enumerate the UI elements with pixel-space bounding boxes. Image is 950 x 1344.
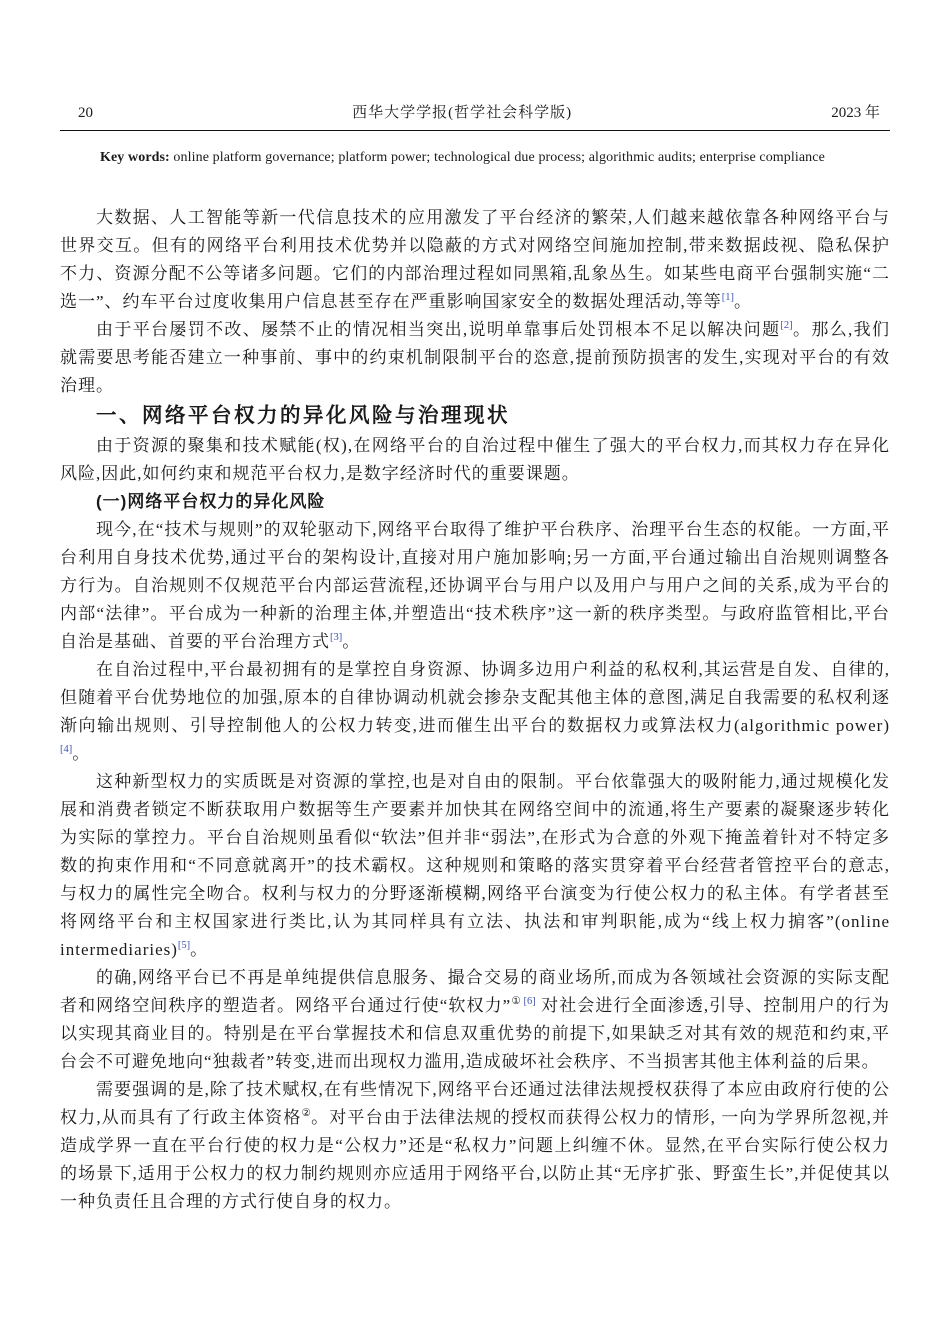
page-content: 20 西华大学学报(哲学社会科学版) 2023 年 Key words: onl… bbox=[60, 0, 890, 1216]
publication-year: 2023 年 bbox=[831, 102, 880, 124]
header-rule bbox=[60, 130, 890, 131]
paragraph: 由于平台屡罚不改、屡禁不止的情况相当突出,说明单靠事后处罚根本不足以解决问题[2… bbox=[60, 316, 890, 400]
text-run: 由于平台屡罚不改、屡禁不止的情况相当突出,说明单靠事后处罚根本不足以解决问题 bbox=[96, 320, 780, 339]
footnote-marker: ① bbox=[511, 996, 521, 1007]
paragraph: 大数据、人工智能等新一代信息技术的应用激发了平台经济的繁荣,人们越来越依靠各种网… bbox=[60, 204, 890, 316]
text-run: 一、网络平台权力的异化风险与治理现状 bbox=[96, 404, 510, 427]
keywords-line: Key words: online platform governance; p… bbox=[60, 148, 890, 168]
article-body: 大数据、人工智能等新一代信息技术的应用激发了平台经济的繁荣,人们越来越依靠各种网… bbox=[60, 204, 890, 1216]
text-run: 。 bbox=[72, 744, 90, 763]
paragraph: 这种新型权力的实质既是对资源的掌控,也是对自由的限制。平台依靠强大的吸附能力,通… bbox=[60, 768, 890, 964]
citation-ref-link[interactable]: [2] bbox=[780, 320, 792, 331]
text-run: 这种新型权力的实质既是对资源的掌控,也是对自由的限制。平台依靠强大的吸附能力,通… bbox=[60, 772, 890, 959]
paragraph: 由于资源的聚集和技术赋能(权),在网络平台的自治过程中催生了强大的平台权力,而其… bbox=[60, 432, 890, 488]
text-run: 在自治过程中,平台最初拥有的是掌控自身资源、协调多边用户利益的私权利,其运营是自… bbox=[60, 660, 890, 735]
paragraph: 的确,网络平台已不再是单纯提供信息服务、撮合交易的商业场所,而成为各领域社会资源… bbox=[60, 964, 890, 1076]
subsection-heading: (一)网络平台权力的异化风险 bbox=[60, 488, 890, 516]
running-head: 20 西华大学学报(哲学社会科学版) 2023 年 bbox=[60, 102, 890, 124]
citation-ref-link[interactable]: [4] bbox=[60, 744, 72, 755]
citation-ref-link[interactable]: [3] bbox=[330, 632, 342, 643]
text-run: (一)网络平台权力的异化风险 bbox=[96, 492, 325, 511]
section-heading: 一、网络平台权力的异化风险与治理现状 bbox=[60, 400, 890, 432]
citation-ref-link[interactable]: [5] bbox=[178, 940, 190, 951]
citation-ref-link[interactable]: [1] bbox=[722, 292, 734, 303]
keywords-label: Key words: bbox=[100, 150, 170, 165]
text-run: 由于资源的聚集和技术赋能(权),在网络平台的自治过程中催生了强大的平台权力,而其… bbox=[60, 436, 890, 483]
journal-page: 20 西华大学学报(哲学社会科学版) 2023 年 Key words: onl… bbox=[0, 0, 950, 1344]
journal-title: 西华大学学报(哲学社会科学版) bbox=[93, 102, 831, 124]
text-run: 。 bbox=[734, 292, 752, 311]
citation-ref-link[interactable]: [6] bbox=[521, 996, 536, 1007]
paragraph: 现今,在“技术与规则”的双轮驱动下,网络平台取得了维护平台秩序、治理平台生态的权… bbox=[60, 516, 890, 656]
text-run: 现今,在“技术与规则”的双轮驱动下,网络平台取得了维护平台秩序、治理平台生态的权… bbox=[60, 520, 890, 651]
text-run: 。 bbox=[342, 632, 360, 651]
text-run: 。 bbox=[190, 940, 208, 959]
page-number: 20 bbox=[78, 102, 93, 124]
paragraph: 在自治过程中,平台最初拥有的是掌控自身资源、协调多边用户利益的私权利,其运营是自… bbox=[60, 656, 890, 768]
keywords-text: online platform governance; platform pow… bbox=[170, 150, 825, 165]
text-run: 大数据、人工智能等新一代信息技术的应用激发了平台经济的繁荣,人们越来越依靠各种网… bbox=[60, 208, 890, 311]
paragraph: 需要强调的是,除了技术赋权,在有些情况下,网络平台还通过法律法规授权获得了本应由… bbox=[60, 1076, 890, 1216]
footnote-marker: ② bbox=[302, 1108, 312, 1119]
